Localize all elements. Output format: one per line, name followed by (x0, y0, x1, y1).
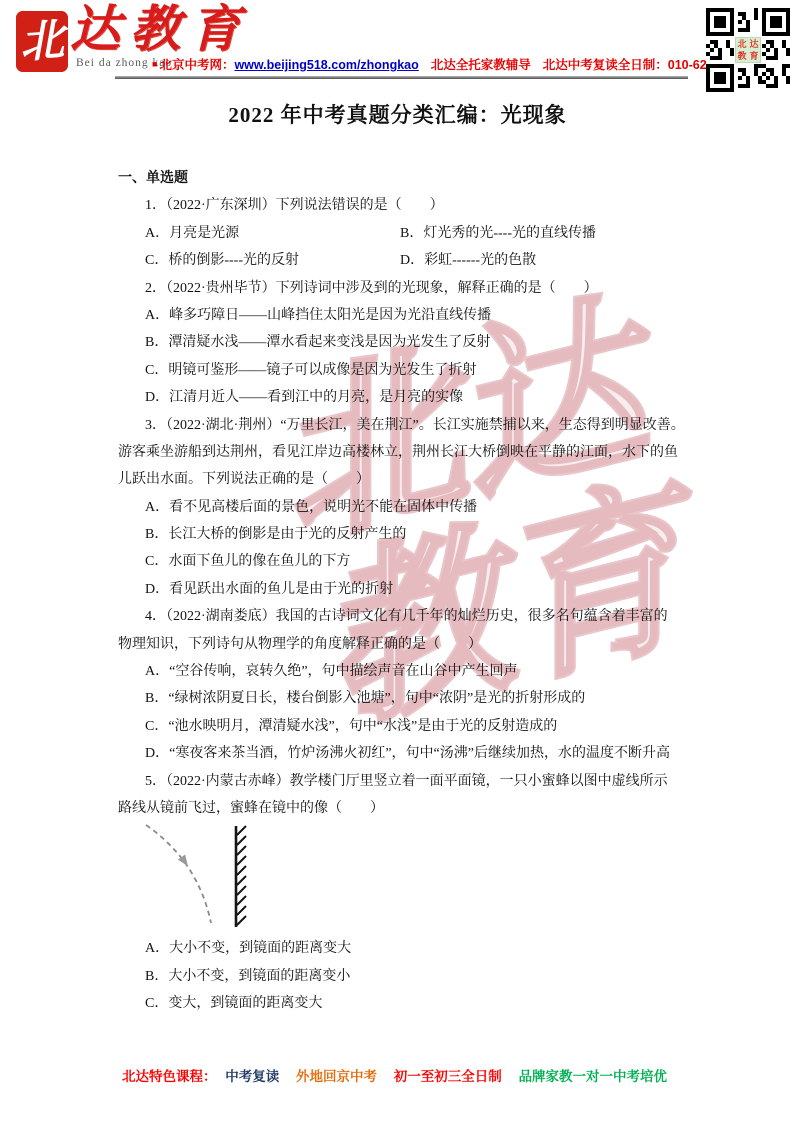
question-1-option-a: A．月亮是光源 (145, 220, 400, 247)
page-footer: 北达特色课程： 中考复读 外地回京中考 初一至初三全日制 品牌家教一对一中考培优 (122, 1065, 667, 1085)
seal-character: 北 (19, 18, 66, 65)
question-4-stem-line-2: 物理知识，下列诗句从物理学的角度解释正确的是（ ） (118, 631, 680, 658)
question-5-option-a: A．大小不变，到镜面的距离变大 (118, 935, 680, 962)
site-url-link[interactable]: www.beijing518.com/zhongkao (234, 58, 418, 72)
footer-item-2: 外地回京中考 (296, 1069, 377, 1084)
question-1-option-c: C．桥的倒影----光的反射 (145, 247, 400, 274)
site-label: 北京中考网： (159, 58, 234, 72)
question-1-options-cd: C．桥的倒影----光的反射D．彩虹------光的色散 (118, 247, 680, 274)
question-5-stem-line-1: 5．（2022·内蒙古赤峰）教学楼门厅里竖立着一面平面镜，一只小蜜蜂以图中虚线所… (118, 768, 680, 795)
footer-item-4: 品牌家教一对一中考培优 (519, 1069, 668, 1084)
question-2-stem: 2．（2022·贵州毕节）下列诗词中涉及到的光现象，解释正确的是（ ） (118, 275, 680, 302)
mirror-diagram (138, 824, 253, 932)
plane-mirror-figure (118, 822, 680, 935)
service-tagline-2: 北达中考复读全日制： (543, 58, 668, 72)
question-5-option-c: C．变大，到镜面的距离变大 (118, 990, 680, 1017)
question-5-stem-line-2: 路线从镜前飞过，蜜蜂在镜中的像（ ） (118, 795, 680, 822)
question-3-option-d: D．看见跃出水面的鱼儿是由于光的折射 (118, 576, 680, 603)
flight-path (146, 825, 211, 923)
question-3-stem-line-2: 游客乘坐游船到达荆州，看见江岸边高楼林立，荆州长江大桥倒映在平静的江面，水下的鱼 (118, 439, 680, 466)
section-heading: 一、单选题 (118, 165, 680, 192)
question-3-stem-line-1: 3．（2022·湖北·荆州）“万里长江，美在荆江”。长江实施禁捕以来，生态得到明… (118, 412, 680, 439)
question-2-option-a: A．峰多巧障日——山峰挡住太阳光是因为光沿直线传播 (118, 302, 680, 329)
header-contact-line: ■北京中考网：www.beijing518.com/zhongkao北达全托家教… (152, 55, 748, 73)
mirror-hatching (237, 826, 246, 925)
question-5-option-b: B．大小不变，到镜面的距离变小 (118, 963, 680, 990)
footer-label: 北达特色课程： (122, 1069, 217, 1084)
question-1-stem: 1．（2022·广东深圳）下列说法错误的是（ ） (118, 192, 680, 219)
question-2-option-c: C．明镜可鉴形——镜子可以成像是因为光发生了折射 (118, 357, 680, 384)
exam-body: 一、单选题 1．（2022·广东深圳）下列说法错误的是（ ） A．月亮是光源B．… (118, 165, 680, 1018)
bullet-square-icon: ■ (152, 59, 157, 69)
logo-script-text: 达教育 (70, 2, 250, 57)
header-divider (115, 76, 688, 79)
question-4-option-a: A．“空谷传响，哀转久绝”，句中描绘声音在山谷中产生回声 (118, 658, 680, 685)
question-3-option-c: C．水面下鱼儿的像在鱼儿的下方 (118, 548, 680, 575)
question-1-option-b: B．灯光秀的光----光的直线传播 (400, 226, 596, 241)
question-1-option-d: D．彩虹------光的色散 (400, 253, 536, 268)
question-4-stem-line-1: 4．（2022·湖南娄底）我国的古诗词文化有几千年的灿烂历史，很多名句蕴含着丰富… (118, 603, 680, 630)
footer-item-3: 初一至初三全日制 (394, 1069, 502, 1084)
beida-seal-logo-icon: 北 (16, 11, 68, 72)
question-4-option-b: B．“绿树浓阴夏日长，楼台倒影入池塘”，句中“浓阴”是光的折射形成的 (118, 685, 680, 712)
page-header: 北 达教育 Bei da zhong kao ■北京中考网：www.beijin… (0, 0, 795, 92)
question-4-option-d: D．“寒夜客来茶当酒，竹炉汤沸火初红”，句中“汤沸”后继续加热，水的温度不断升高 (118, 740, 680, 767)
page-title: 2022 年中考真题分类汇编：光现象 (0, 99, 795, 129)
question-2-option-b: B．潭清疑水浅——潭水看起来变浅是因为光发生了反射 (118, 329, 680, 356)
question-2-option-d: D．江清月近人——看到江中的月亮，是月亮的实像 (118, 384, 680, 411)
question-3-stem-line-3: 儿跃出水面。下列说法正确的是（ ） (118, 466, 680, 493)
service-tagline-1: 北达全托家教辅导 (431, 58, 531, 72)
question-4-option-c: C．“池水映明月，潭清疑水浅”，句中“水浅”是由于光的反射造成的 (118, 713, 680, 740)
document-page: 北 达教育 Bei da zhong kao ■北京中考网：www.beijin… (0, 0, 795, 1124)
footer-item-1: 中考复读 (225, 1069, 279, 1084)
qr-center-logo: 北 达 教 育 (735, 37, 761, 63)
question-3-option-b: B．长江大桥的倒影是由于光的反射产生的 (118, 521, 680, 548)
question-1-options-ab: A．月亮是光源B．灯光秀的光----光的直线传播 (118, 220, 680, 247)
question-3-option-a: A．看不见高楼后面的景色，说明光不能在固体中传播 (118, 494, 680, 521)
qr-code: 北 达 教 育 (706, 8, 790, 92)
